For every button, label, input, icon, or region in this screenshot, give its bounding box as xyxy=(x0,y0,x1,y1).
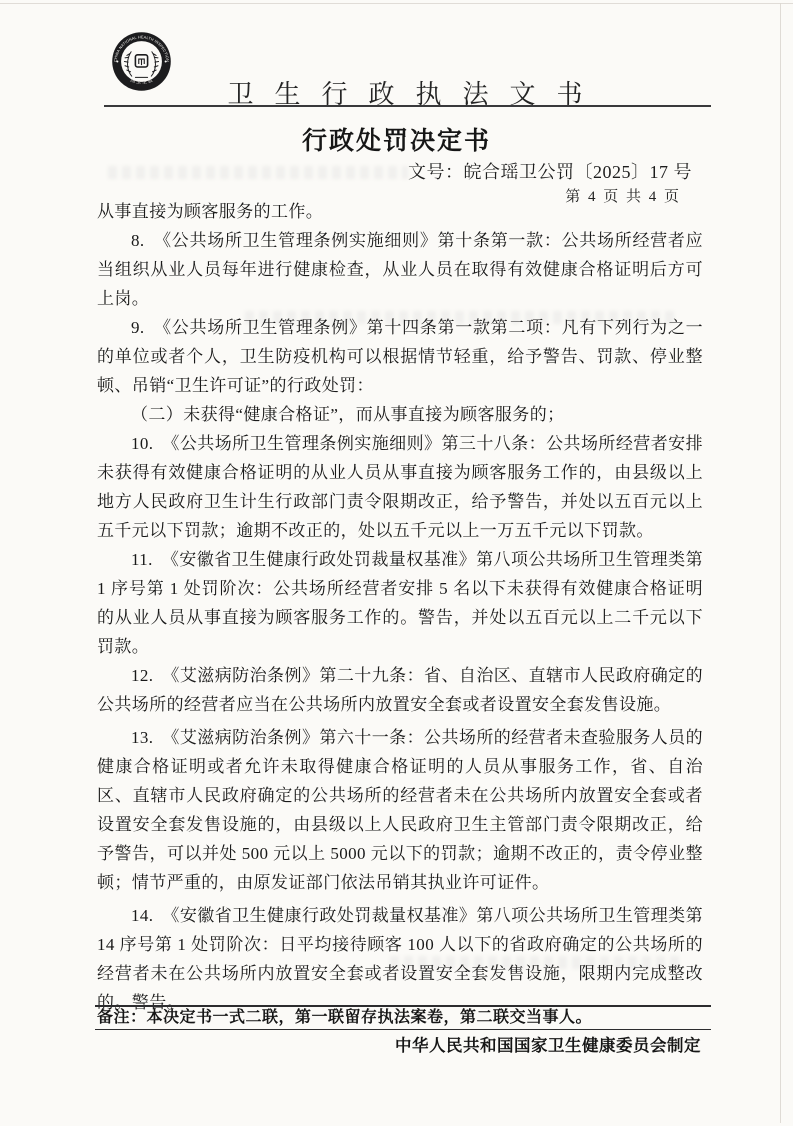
remark-note: 备注：本决定书一式二联，第一联留存执法案卷，第二联交当事人。 xyxy=(97,1007,711,1028)
header-divider-rule xyxy=(104,105,711,107)
body-paragraph: 14. 《安徽省卫生健康行政处罚裁量权基准》第八项公共场所卫生管理类第 14 序… xyxy=(97,901,703,1017)
body-paragraph: 8. 《公共场所卫生管理条例实施细则》第十条第一款：公共场所经营者应当组织从业人… xyxy=(97,226,703,313)
seal-ring-dot-right xyxy=(165,61,167,63)
document-body: 从事直接为顾客服务的工作。 8. 《公共场所卫生管理条例实施细则》第十条第一款：… xyxy=(97,197,703,1017)
document-title: 行政处罚决定书 xyxy=(0,121,793,157)
body-paragraph: （二）未获得“健康合格证”，而从事直接为顾客服务的； xyxy=(97,400,703,429)
footer-rule-bottom xyxy=(95,1029,711,1030)
document-number: 文号：皖合瑶卫公罚〔2025〕17 号 xyxy=(408,158,692,184)
scan-edge-right-line xyxy=(780,3,781,1123)
seal-ring-dot-left xyxy=(116,61,118,63)
scan-edge-top-line xyxy=(0,3,793,4)
body-paragraph: 9. 《公共场所卫生管理条例》第十四条第一款第二项：凡有下列行为之一的单位或者个… xyxy=(97,313,703,400)
penalty-decision-document-page: CHINA NATIONAL HEALTH INSPECTION 国 卫 生 监… xyxy=(0,0,793,1126)
issuer-line: 中华人民共和国国家卫生健康委员会制定 xyxy=(395,1032,701,1056)
body-paragraph: 11. 《安徽省卫生健康行政处罚裁量权基准》第八项公共场所卫生管理类第 1 序号… xyxy=(97,545,703,661)
body-paragraph: 12. 《艾滋病防治条例》第二十九条：省、自治区、直辖市人民政府确定的公共场所的… xyxy=(97,661,703,719)
china-health-inspection-seal-icon: CHINA NATIONAL HEALTH INSPECTION 国 卫 生 监 xyxy=(111,31,172,92)
bleed-through-artifact xyxy=(108,166,408,179)
body-paragraph: 10. 《公共场所卫生管理条例实施细则》第三十八条：公共场所经营者安排未获得有效… xyxy=(97,429,703,545)
body-paragraph: 从事直接为顾客服务的工作。 xyxy=(97,197,703,226)
body-paragraph: 13. 《艾滋病防治条例》第六十一条：公共场所的经营者未查验服务人员的健康合格证… xyxy=(97,723,703,897)
